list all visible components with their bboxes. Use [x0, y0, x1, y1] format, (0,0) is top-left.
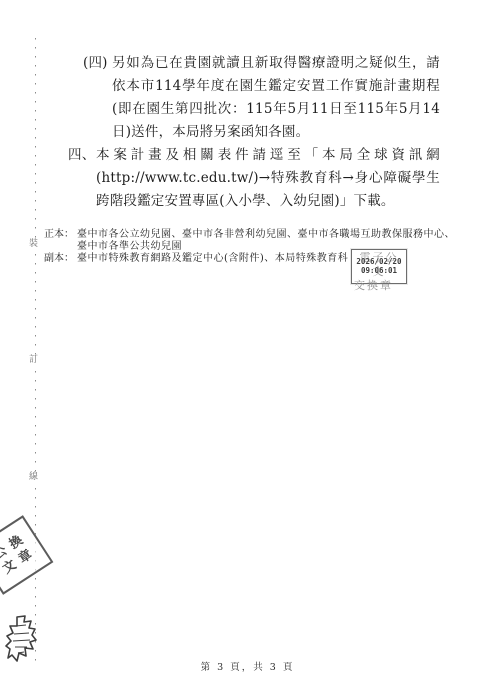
- paragraph-item-4-4: (四) 另如為已在貴園就讀且新取得醫療證明之疑似生，請依本市114學年度在園生鑑…: [83, 52, 440, 144]
- paragraph-marker: 四、: [68, 144, 95, 167]
- tilted-exchange-side-stamp: 公換 文章: [0, 515, 53, 595]
- document-page: 裝 訂 線 (四) 另如為已在貴園就讀且新取得醫療證明之疑似生，請依本市114學…: [0, 0, 495, 700]
- binding-mark-ding: 訂: [29, 355, 38, 366]
- page-footer: 第 3 頁，共 3 頁: [0, 659, 495, 673]
- paragraph-item-4: 四、 本案計畫及相關表件請逕至「本局全球資訊網(http://www.tc.ed…: [68, 144, 440, 213]
- binding-mark-zhuang: 裝: [29, 239, 38, 250]
- exchange-stamp-datetime: 2026/02/20 09:06:01: [352, 250, 406, 283]
- copy-recipient-text: 臺中市特殊教育網路及鑑定中心(含附件)、本局特殊教育科: [77, 253, 348, 264]
- original-recipient-label: 正本：: [44, 229, 74, 241]
- paragraph-text: 本案計畫及相關表件請逕至「本局全球資訊網(http://www.tc.edu.t…: [96, 147, 440, 209]
- paragraph-text: 另如為已在貴園就讀且新取得醫療證明之疑似生，請依本市114學年度在園生鑑定安置工…: [112, 55, 440, 140]
- exchange-stamp-time: 09:06:01: [361, 267, 397, 276]
- copy-recipient-label: 副本：: [44, 253, 74, 265]
- paragraph-marker: (四): [83, 52, 108, 75]
- electronic-document-exchange-stamp: 電子公文 交換章 2026/02/20 09:06:01: [351, 249, 407, 284]
- binding-mark-xian: 線: [29, 472, 38, 483]
